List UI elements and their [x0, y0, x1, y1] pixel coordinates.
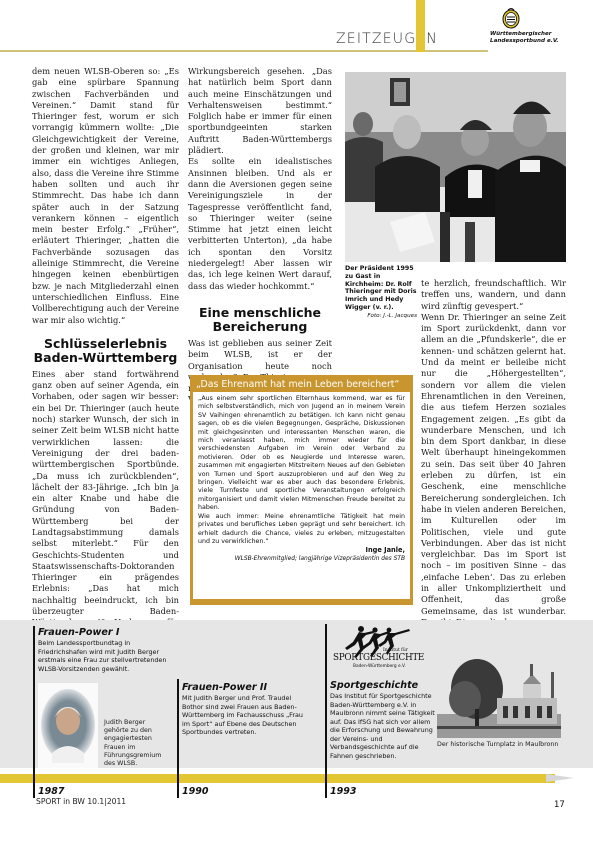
- header-accent-bar: [416, 0, 425, 52]
- quote-box-title: „Das Ehrenamt hat mein Leben bereichert“: [193, 377, 410, 392]
- article-column-2: Wirkungsbereich gesehen. „Das hat natürl…: [188, 66, 332, 406]
- turnplatz-caption: Der historische Turnplatz in Maulbronn: [437, 741, 561, 749]
- logo-text-line2: Landessportbund e.V.: [490, 38, 586, 45]
- quote-role: WLSB-Ehrenmitglied; langjährige Vizepräs…: [198, 555, 405, 563]
- subheading-schluesselerlebnis: Schlüsselerlebnis Baden-Württemberg: [32, 337, 179, 365]
- page-number: 17: [554, 800, 565, 810]
- timeline-entry-1993: Sportgeschichte Das Institut für Sportge…: [330, 680, 440, 760]
- ifsg-logo-line2: SPORTGESCHICHTE: [333, 653, 424, 663]
- timeline-entry-1990: Frauen-Power II Mit Judith Berger und Pr…: [182, 682, 312, 737]
- wlsb-logo: Württembergischer Landessportbund e.V.: [436, 6, 586, 52]
- timeline-marker-1990: [177, 679, 179, 798]
- article-paragraph: Wenn Dr. Thieringer an seine Zeit im Spo…: [421, 312, 566, 640]
- ifsg-logo-line3: Baden-Württemberg e.V.: [353, 664, 406, 669]
- article-paragraph: te herzlich, freundschaftlich. Wir treff…: [421, 278, 566, 312]
- article-paragraph: Es sollte ein idealistisches Ansinnen bl…: [188, 156, 332, 292]
- timeline-arrow-icon: [546, 774, 574, 782]
- page-header: ZEITZEUGEN Württembergischer Landessport…: [0, 0, 593, 56]
- turnplatz-maulbronn-image: [437, 654, 561, 738]
- timeline-entry-title: Frauen-Power II: [182, 682, 312, 694]
- judith-berger-photo: [38, 683, 98, 768]
- engraving-image: [437, 654, 561, 738]
- timeline-entry-title: Frauen-Power I: [38, 627, 168, 639]
- timeline-year: 1993: [330, 786, 356, 797]
- photo-caption-text: Der Präsident 1995 zu Gast in Kirchheim:…: [345, 265, 417, 311]
- photo-meeting-image: [345, 72, 566, 262]
- wlsb-emblem-icon: [501, 6, 521, 30]
- article-photo: [345, 72, 566, 262]
- quote-box: „Das Ehrenamt hat mein Leben bereichert“…: [190, 375, 413, 605]
- judith-berger-caption: Judith Berger gehörte zu den engagiertes…: [104, 719, 168, 768]
- timeline-entry-1987: Frauen-Power I Beim Landessportbundtag i…: [38, 627, 168, 673]
- quote-paragraph: Wie auch immer: Meine ehrenamtliche Täti…: [198, 513, 405, 547]
- ifsg-logo: Institut für SPORTGESCHICHTE Baden-Württ…: [331, 624, 426, 676]
- quote-paragraph: „Aus einem sehr sportlichen Elternhaus k…: [198, 395, 405, 513]
- photo-caption: Der Präsident 1995 zu Gast in Kirchheim:…: [345, 265, 417, 321]
- article-paragraph: Wirkungsbereich gesehen. „Das hat natürl…: [188, 66, 332, 156]
- quote-box-body: „Aus einem sehr sportlichen Elternhaus k…: [193, 392, 410, 599]
- portrait-image: [38, 683, 98, 768]
- timeline-entry-text: Das Institut für Sportgeschichte Baden-W…: [330, 692, 440, 760]
- logo-text-line1: Württembergischer: [490, 31, 586, 38]
- article-paragraph: dem neuen WLSB-Oberen so: „Es gab eine s…: [32, 66, 179, 326]
- header-rule: [0, 50, 488, 52]
- quote-signature: Inge Janle,: [198, 546, 405, 554]
- photo-credit: Foto: J.-L. Jacques: [345, 313, 417, 321]
- timeline-entry-text: Mit Judith Berger und Prof. Traudel Both…: [182, 694, 312, 737]
- magazine-issue: SPORT in BW 10.1|2011: [36, 797, 126, 806]
- timeline-marker-1987: [33, 626, 35, 798]
- article-column-1: dem neuen WLSB-Oberen so: „Es gab eine s…: [32, 66, 179, 663]
- timeline-marker-1993: [325, 624, 327, 798]
- timeline-entry-text: Beim Landessportbundtag in Friedrichshaf…: [38, 639, 168, 673]
- timeline-bar: [0, 774, 555, 783]
- timeline-entry-title: Sportgeschichte: [330, 680, 440, 692]
- article-paragraph: Eines aber stand fortwährend ganz oben a…: [32, 369, 179, 663]
- article-column-3: te herzlich, freundschaftlich. Wir treff…: [421, 278, 566, 655]
- timeline-year: 1987: [38, 786, 64, 797]
- timeline-year: 1990: [182, 786, 208, 797]
- subheading-menschliche-bereicherung: Eine menschliche Bereicherung: [188, 306, 332, 334]
